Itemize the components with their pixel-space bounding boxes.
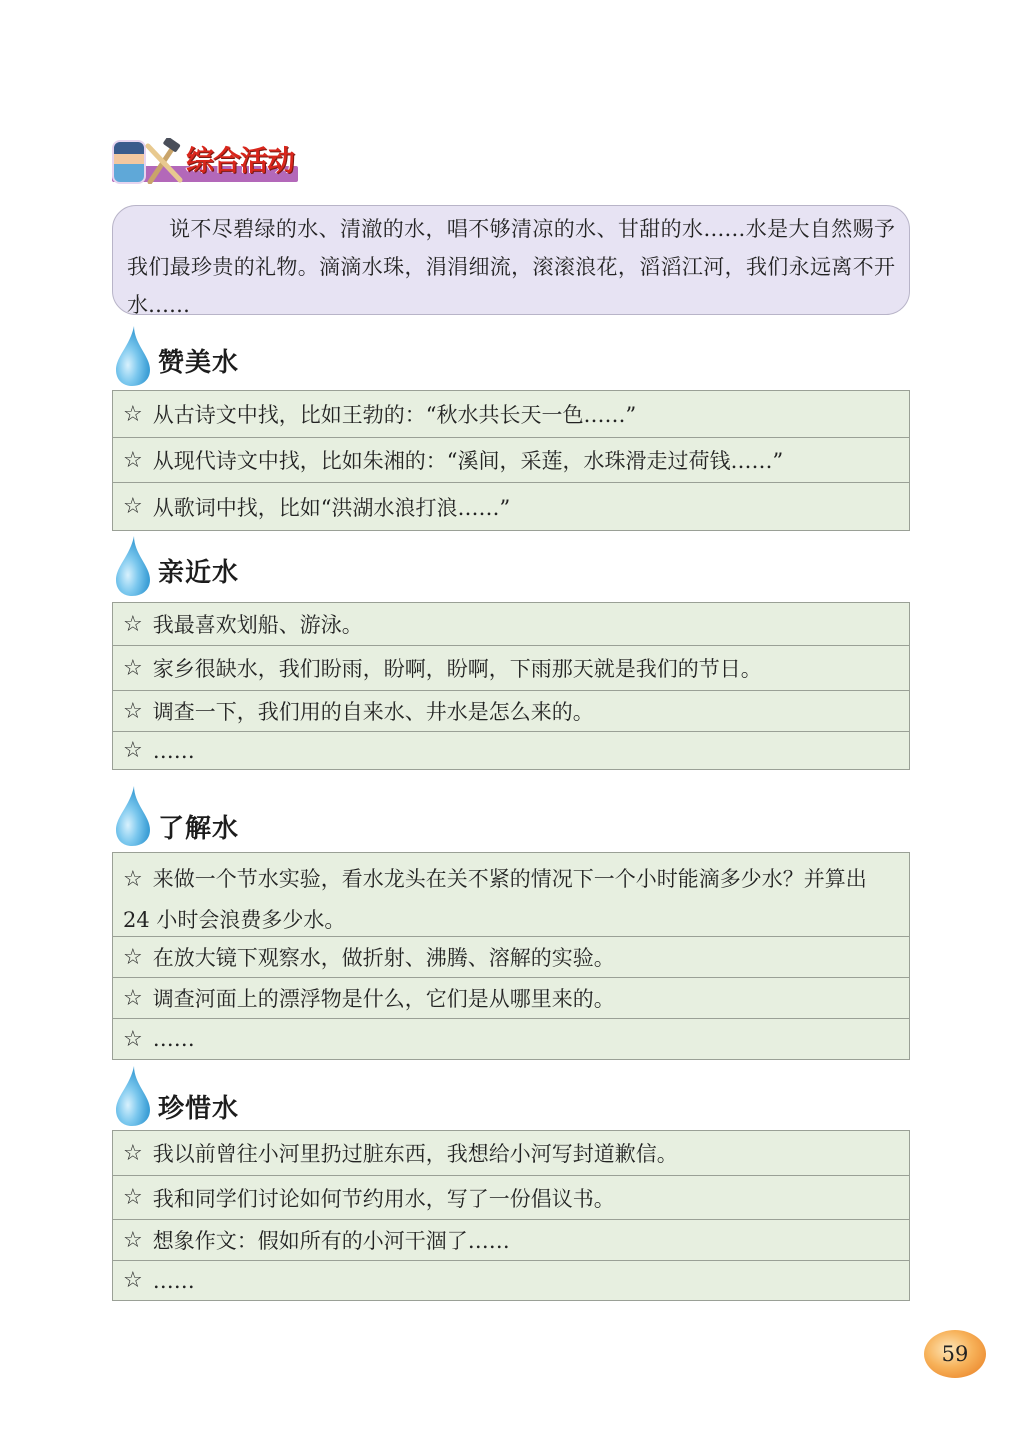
star-bullet-icon: ☆ [123, 448, 143, 473]
star-bullet-icon: ☆ [123, 1268, 143, 1293]
list-item: ☆调查河面上的漂浮物是什么，它们是从哪里来的。 [113, 978, 909, 1019]
item-text: 我和同学们讨论如何节约用水，写了一份倡议书。 [153, 1183, 615, 1213]
list-item: ☆想象作文：假如所有的小河干涸了…… [113, 1220, 909, 1261]
banner-title: 综合活动 [186, 144, 294, 178]
hammer-icon [144, 138, 184, 184]
item-text: 从歌词中找，比如“洪湖水浪打浪……” [153, 492, 510, 522]
section-title: 赞美水 [158, 342, 239, 379]
list-item: ☆从歌词中找，比如“洪湖水浪打浪……” [113, 483, 909, 530]
page-number: 59 [942, 1342, 969, 1366]
list-item: ☆调查一下，我们用的自来水、井水是怎么来的。 [113, 691, 909, 732]
item-text: …… [153, 1269, 195, 1293]
list-item: ☆…… [113, 732, 909, 769]
star-bullet-icon: ☆ [123, 612, 143, 637]
list-item: ☆来做一个节水实验，看水龙头在关不紧的情况下一个小时能滴多少水？并算出 24 小… [113, 853, 909, 937]
item-text: 想象作文：假如所有的小河干涸了…… [153, 1225, 510, 1255]
item-text: 从古诗文中找，比如王勃的：“秋水共长天一色……” [153, 399, 636, 429]
item-text: 来做一个节水实验，看水龙头在关不紧的情况下一个小时能滴多少水？并算出 24 小时… [123, 867, 867, 932]
item-text: 我以前曾往小河里扔过脏东西，我想给小河写封道歉信。 [153, 1138, 678, 1168]
item-text: 家乡很缺水，我们盼雨，盼啊，盼啊，下雨那天就是我们的节日。 [153, 653, 762, 683]
list-item: ☆从现代诗文中找，比如朱湘的：“溪间，采莲，水珠滑走过荷钱……” [113, 438, 909, 483]
list-item: ☆我以前曾往小河里扔过脏东西，我想给小河写封道歉信。 [113, 1131, 909, 1176]
section-list-approach-water: ☆我最喜欢划船、游泳。 ☆家乡很缺水，我们盼雨，盼啊，盼啊，下雨那天就是我们的节… [112, 602, 910, 770]
list-item: ☆家乡很缺水，我们盼雨，盼啊，盼啊，下雨那天就是我们的节日。 [113, 646, 909, 691]
list-item: ☆我和同学们讨论如何节约用水，写了一份倡议书。 [113, 1176, 909, 1220]
section-heading-approach-water: 亲近水 [112, 536, 512, 592]
list-item: ☆…… [113, 1261, 909, 1300]
star-bullet-icon: ☆ [123, 1141, 143, 1166]
star-bullet-icon: ☆ [123, 656, 143, 681]
section-title: 了解水 [158, 808, 239, 845]
list-item: ☆…… [113, 1019, 909, 1059]
section-list-understand-water: ☆来做一个节水实验，看水龙头在关不紧的情况下一个小时能滴多少水？并算出 24 小… [112, 852, 910, 1060]
water-drop-icon [112, 1066, 152, 1126]
item-text: …… [153, 1027, 195, 1051]
section-list-cherish-water: ☆我以前曾往小河里扔过脏东西，我想给小河写封道歉信。 ☆我和同学们讨论如何节约用… [112, 1130, 910, 1301]
star-bullet-icon: ☆ [123, 699, 143, 724]
kid-icon [112, 140, 146, 184]
section-heading-understand-water: 了解水 [112, 786, 512, 842]
intro-paragraph: 说不尽碧绿的水、清澈的水，唱不够清凉的水、甘甜的水……水是大自然赐予我们最珍贵的… [112, 205, 910, 315]
section-heading-praise-water: 赞美水 [112, 326, 512, 382]
star-bullet-icon: ☆ [123, 1027, 143, 1052]
water-drop-icon [112, 536, 152, 596]
item-text: 我最喜欢划船、游泳。 [153, 609, 363, 639]
item-text: 从现代诗文中找，比如朱湘的：“溪间，采莲，水珠滑走过荷钱……” [153, 445, 783, 475]
section-title: 珍惜水 [158, 1088, 239, 1125]
page-number-badge: 59 [924, 1330, 986, 1378]
star-bullet-icon: ☆ [123, 1228, 143, 1253]
item-text: 调查一下，我们用的自来水、井水是怎么来的。 [153, 696, 594, 726]
star-bullet-icon: ☆ [123, 867, 143, 892]
list-item: ☆我最喜欢划船、游泳。 [113, 603, 909, 646]
item-text: 在放大镜下观察水，做折射、沸腾、溶解的实验。 [153, 942, 615, 972]
section-heading-cherish-water: 珍惜水 [112, 1066, 512, 1122]
star-bullet-icon: ☆ [123, 945, 143, 970]
water-drop-icon [112, 326, 152, 386]
water-drop-icon [112, 786, 152, 846]
star-bullet-icon: ☆ [123, 986, 143, 1011]
list-item: ☆从古诗文中找，比如王勃的：“秋水共长天一色……” [113, 391, 909, 438]
item-text: …… [153, 739, 195, 763]
section-title: 亲近水 [158, 552, 239, 589]
star-bullet-icon: ☆ [123, 402, 143, 427]
star-bullet-icon: ☆ [123, 1185, 143, 1210]
item-text: 调查河面上的漂浮物是什么，它们是从哪里来的。 [153, 983, 615, 1013]
star-bullet-icon: ☆ [123, 494, 143, 519]
star-bullet-icon: ☆ [123, 738, 143, 763]
list-item: ☆在放大镜下观察水，做折射、沸腾、溶解的实验。 [113, 937, 909, 978]
section-list-praise-water: ☆从古诗文中找，比如王勃的：“秋水共长天一色……” ☆从现代诗文中找，比如朱湘的… [112, 390, 910, 531]
activity-banner: 综合活动 [108, 138, 298, 186]
